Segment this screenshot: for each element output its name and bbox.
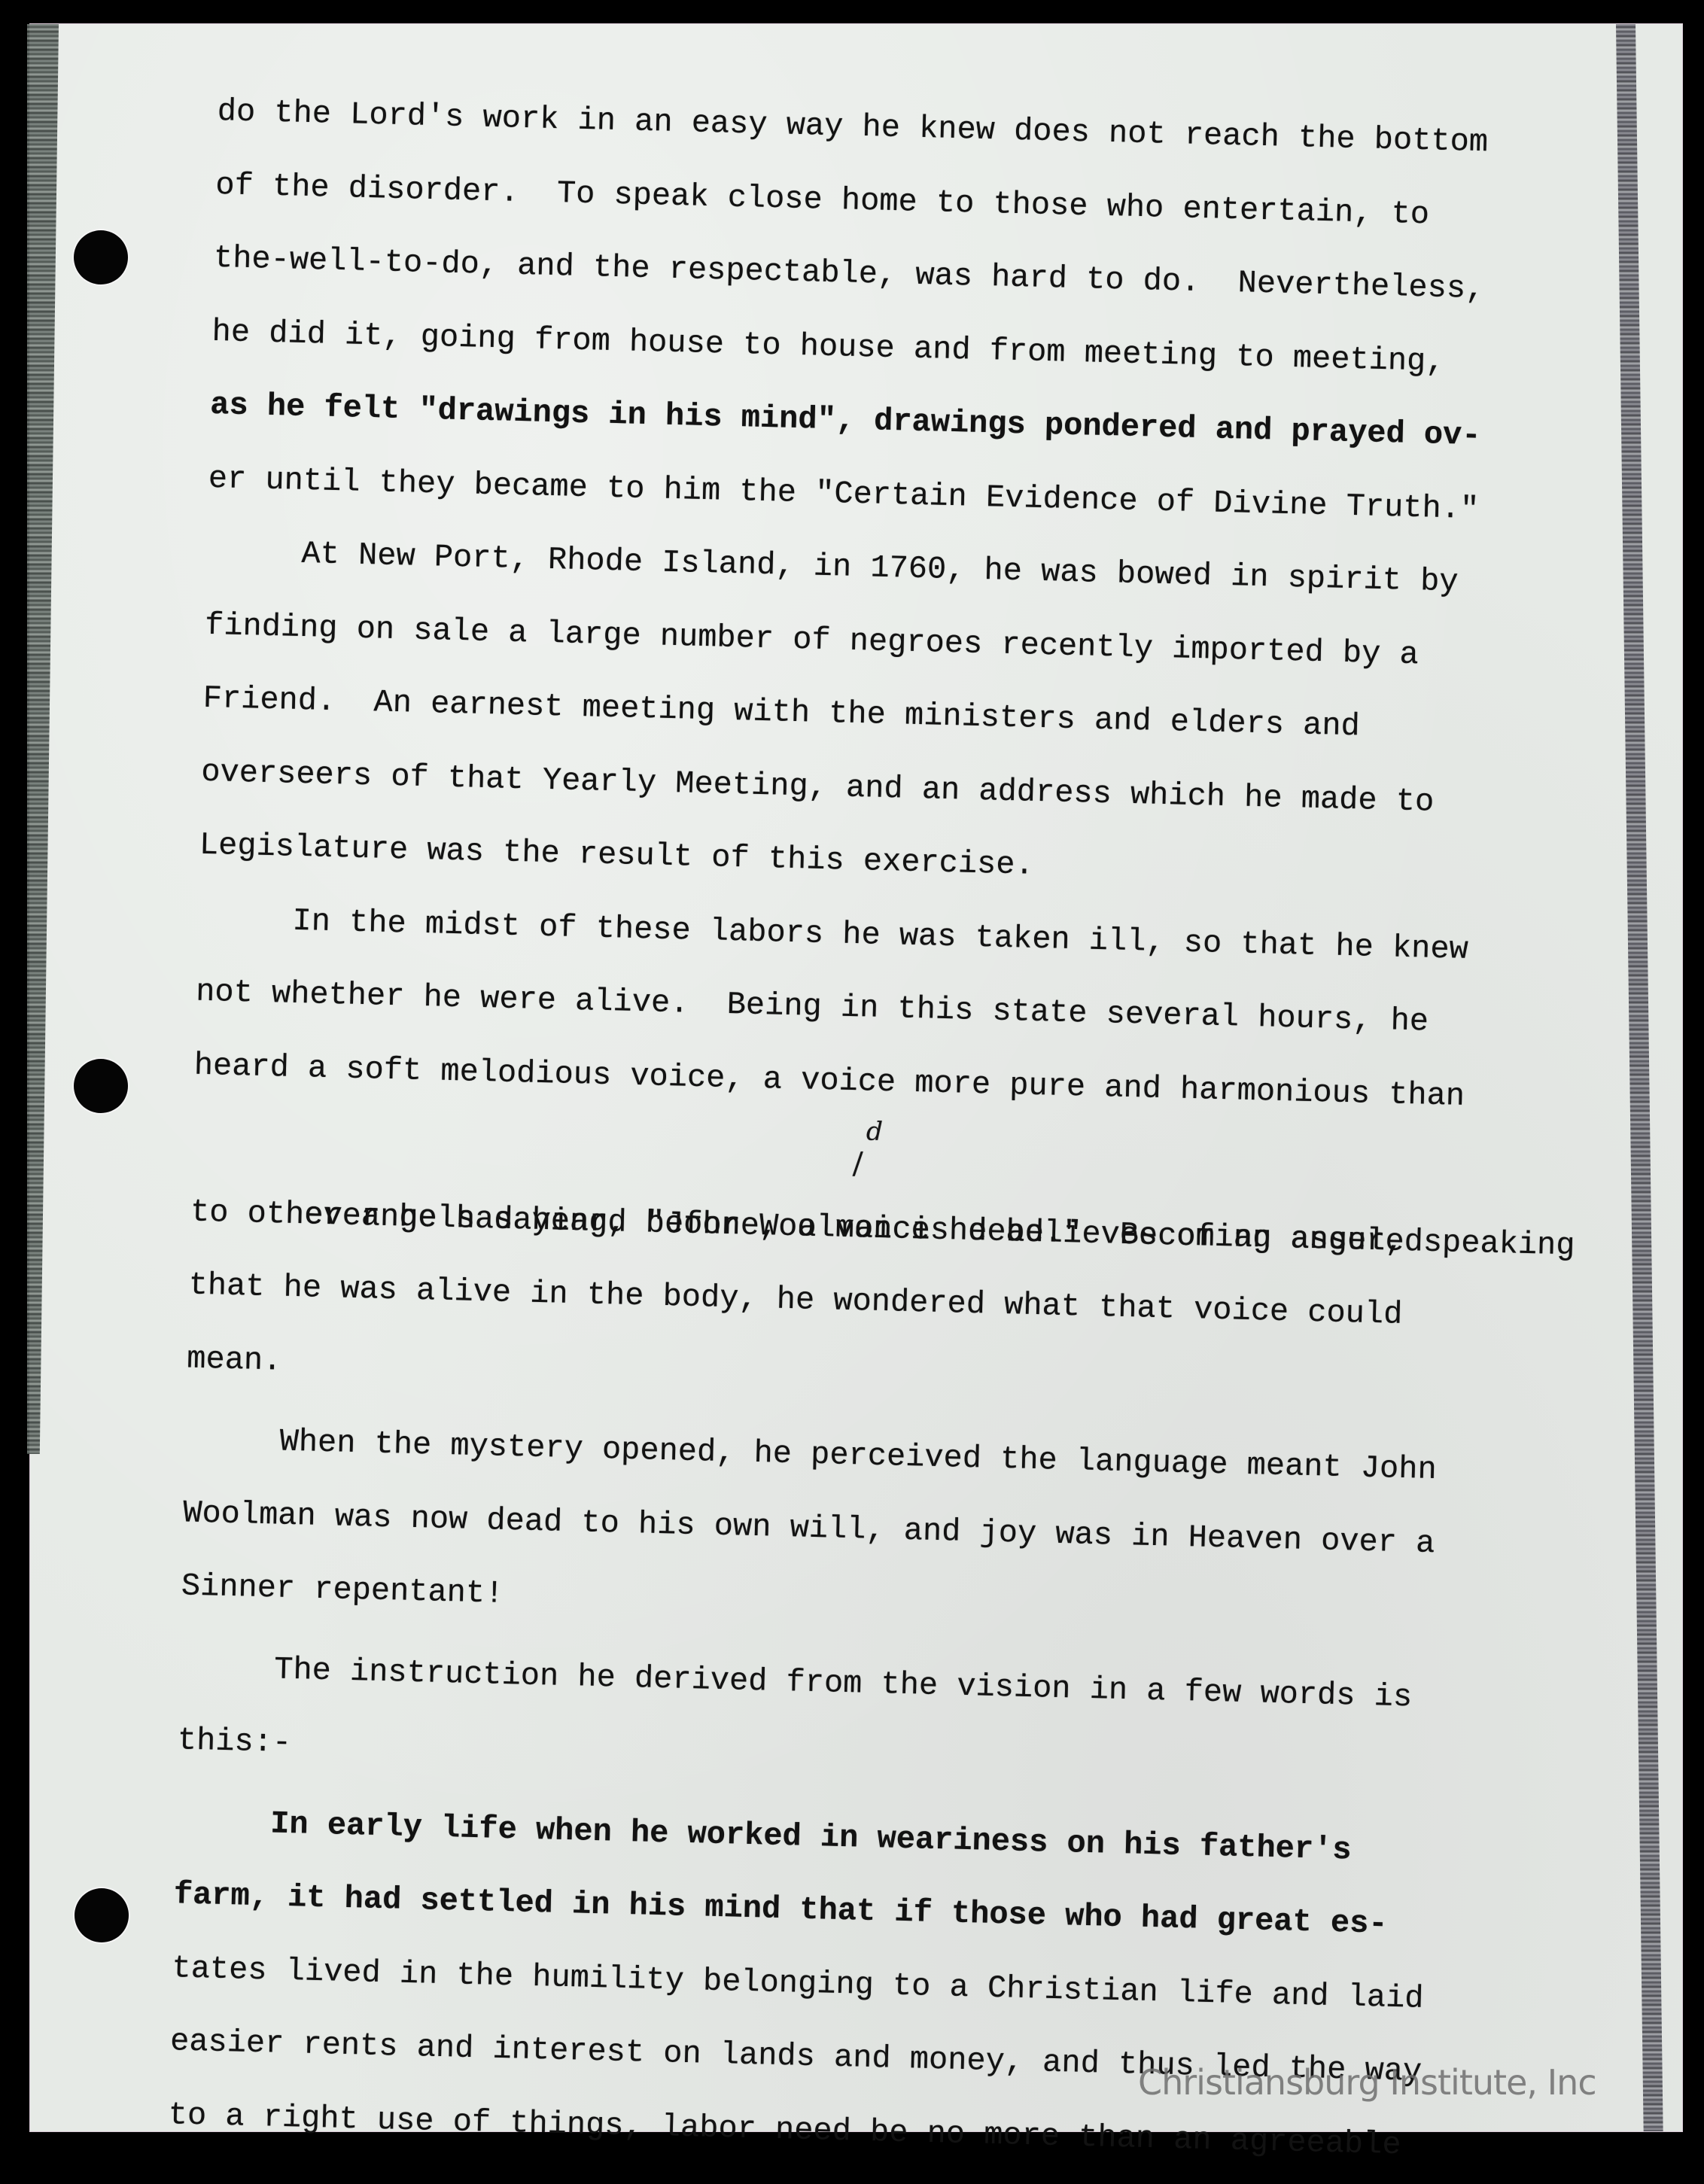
typed-text-body: do the Lord's work in an easy way he kne… [168, 75, 1573, 2184]
strike-mark: / [852, 1148, 863, 1179]
punch-hole-middle [74, 1059, 128, 1113]
paragraph: In the midst of these labors he was take… [186, 882, 1553, 1428]
punch-hole-bottom [75, 1888, 129, 1942]
text-line: ever he had heard before, a voice he bel… [304, 1197, 1575, 1264]
paragraph: At New Port, Rhode Island, in 1760, he w… [199, 516, 1562, 915]
paragraph: In early life when he worked in wearines… [168, 1785, 1531, 2184]
paragraph: When the mystery opened, he perceived th… [181, 1403, 1541, 1656]
paragraph: do the Lord's work in an easy way he kne… [208, 75, 1573, 549]
handwritten-insertion: d [866, 1118, 884, 1145]
watermark: Christiansburg Institute, Inc [1138, 2062, 1596, 2103]
punch-hole-top [74, 230, 128, 284]
